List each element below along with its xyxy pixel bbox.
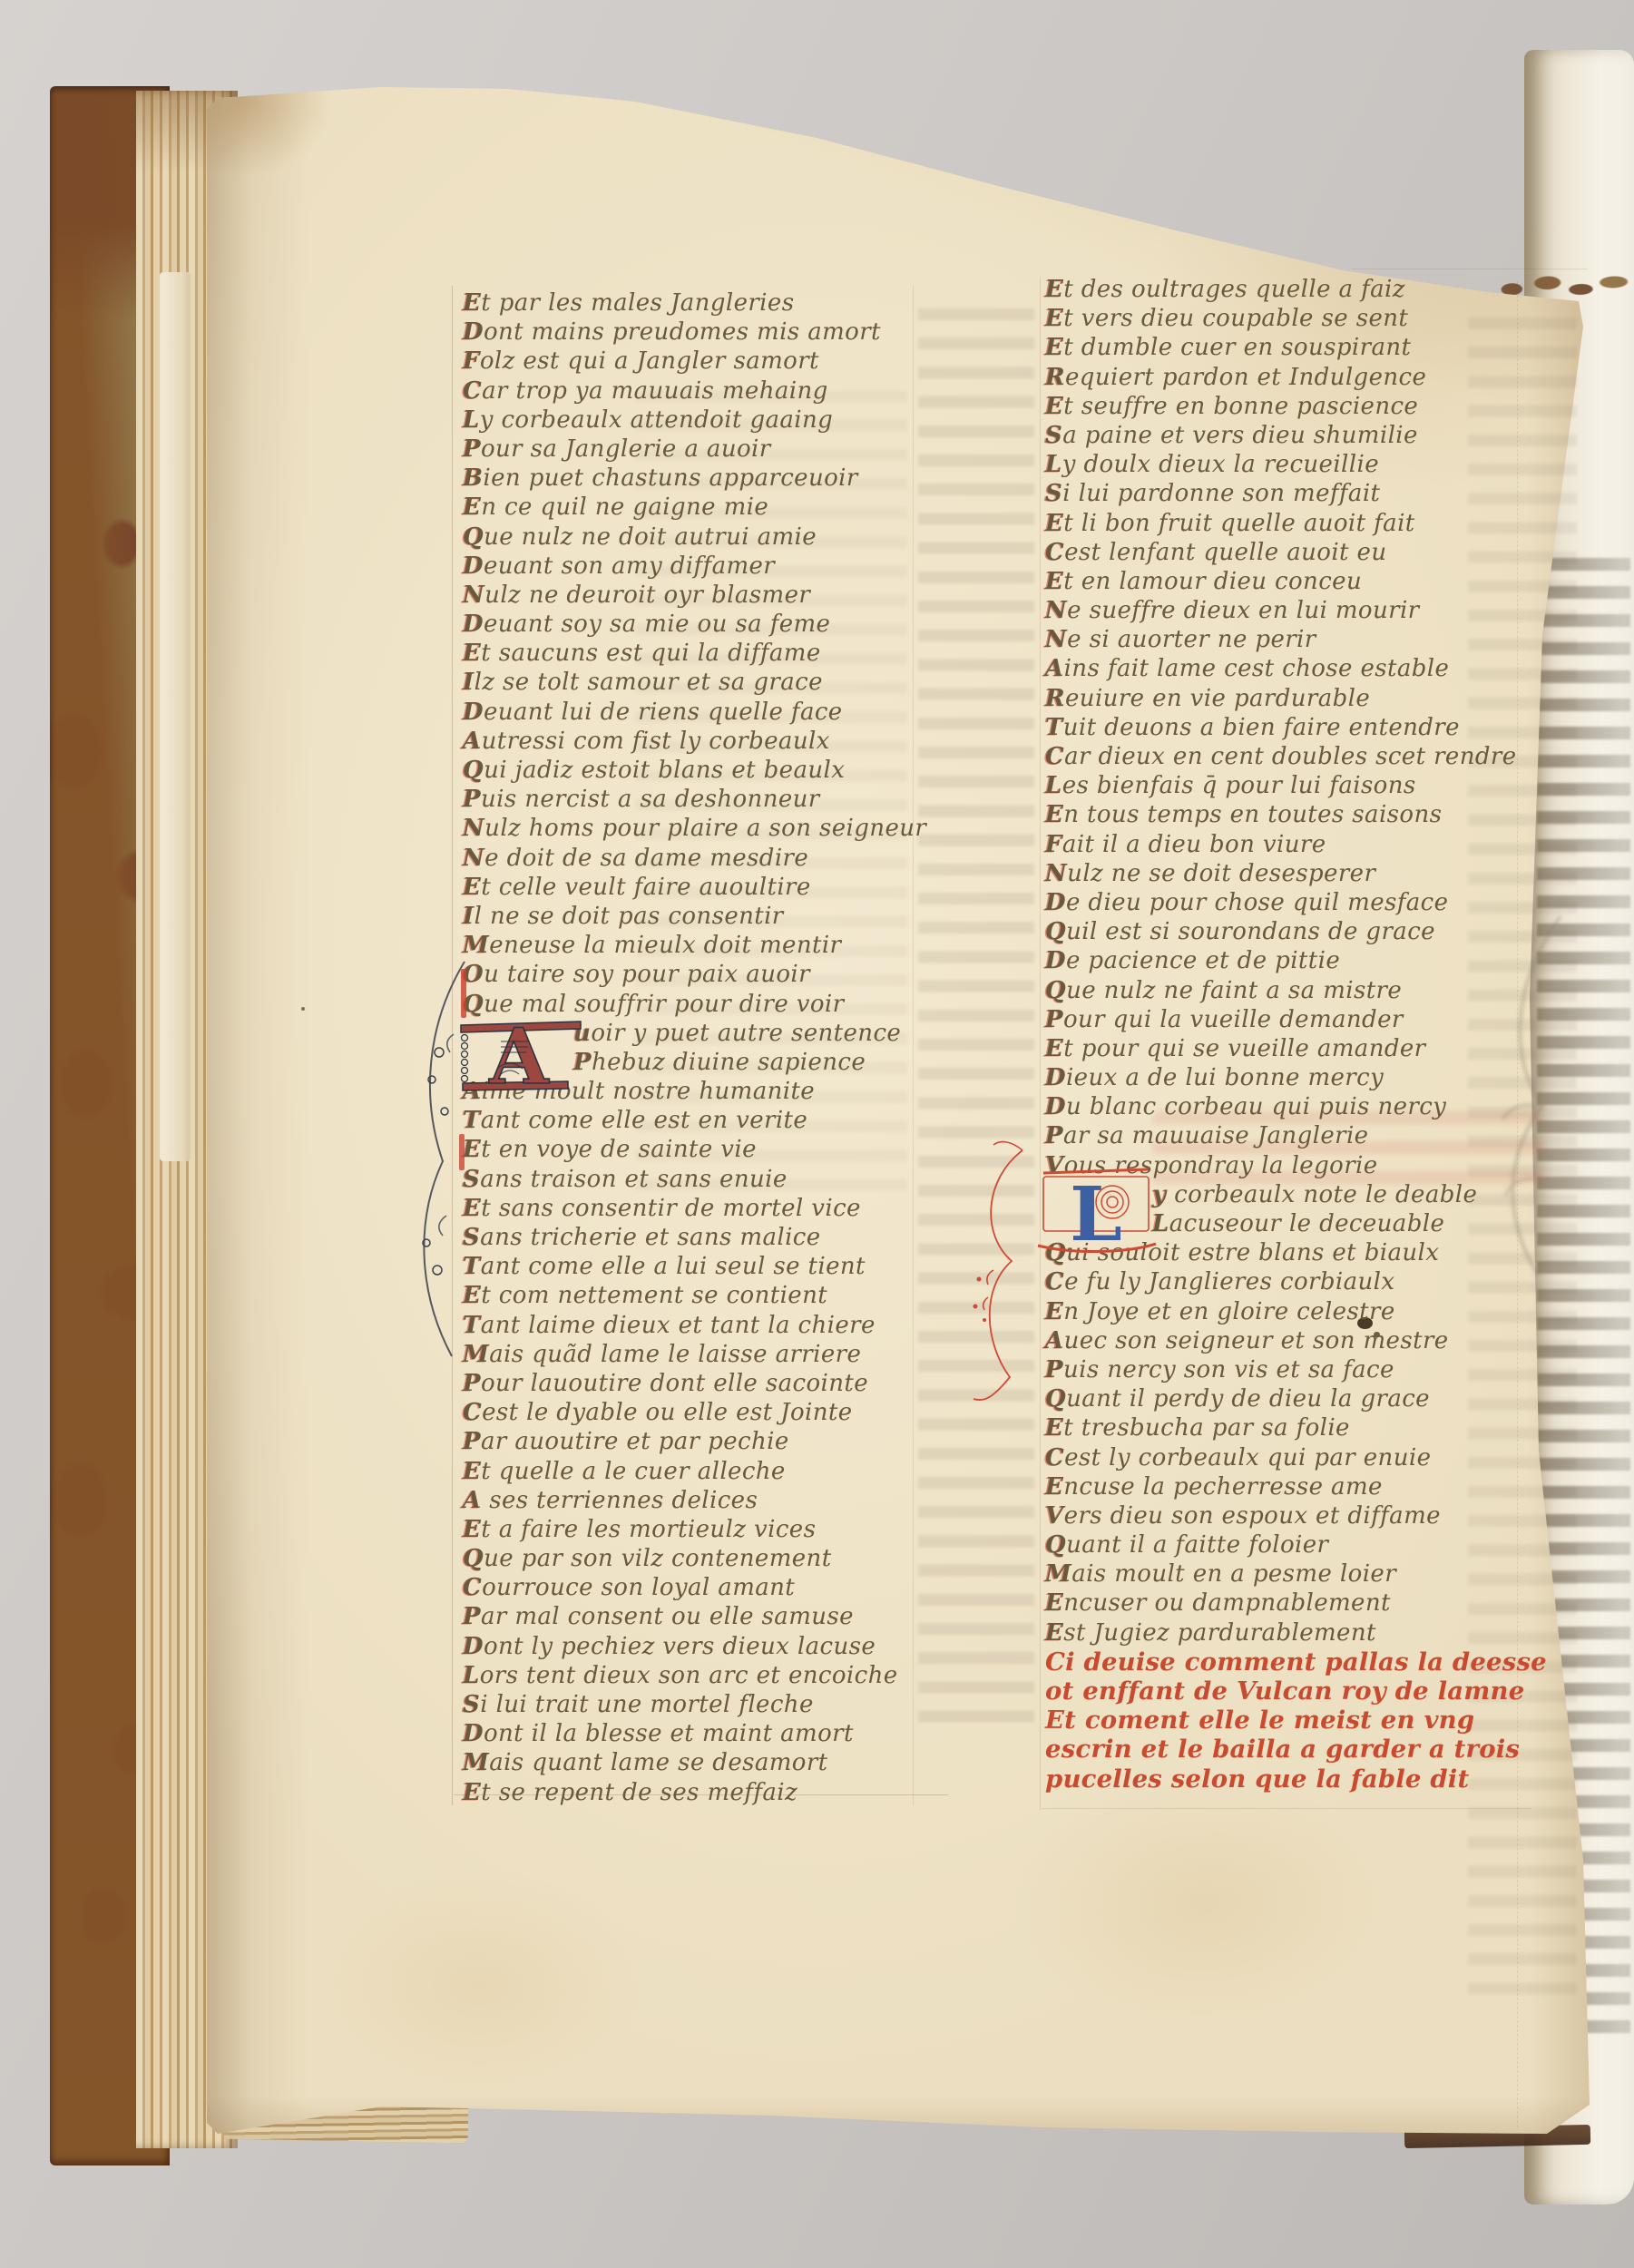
verse-line: Cest lenfant quelle auoit eu bbox=[1045, 538, 1540, 567]
verse-line: Quant il perdy de dieu la grace bbox=[1045, 1384, 1540, 1413]
verse-line: Lors tent dieux son arc et encoiche bbox=[463, 1661, 953, 1690]
verse-line: Autressi com fist ly corbeaulx bbox=[463, 727, 953, 756]
verse-line: Car trop ya mauuais mehaing bbox=[463, 376, 953, 406]
verse-line: Et se repent de ses meffaiz bbox=[463, 1778, 953, 1807]
verse-line: Nulz ne se doit desesperer bbox=[1045, 859, 1540, 888]
verse-line: Et li bon fruit quelle auoit fait bbox=[1045, 509, 1540, 538]
verse-line: Si lui pardonne son meffait bbox=[1045, 479, 1540, 508]
crease-top-right bbox=[1352, 269, 1588, 269]
verse-line: Est Jugiez pardurablement bbox=[1045, 1618, 1540, 1647]
verse-line: Et saucuns est qui la diffame bbox=[463, 639, 953, 668]
verse-line: En tous temps en toutes saisons bbox=[1045, 800, 1540, 829]
verse-line: Sa paine et vers dieu shumilie bbox=[1045, 421, 1540, 450]
verse-line: Pour qui la vueille demander bbox=[1045, 1005, 1540, 1034]
gutter-leaf-highlight bbox=[160, 272, 191, 1161]
verse-line: Que nulz ne faint a sa mistre bbox=[1045, 976, 1540, 1005]
verse-line: Dont mains preudomes mis amort bbox=[463, 318, 953, 347]
verse-line: Car dieux en cent doubles scet rendre bbox=[1045, 742, 1540, 771]
ruling-line-right-col-left bbox=[1040, 277, 1041, 1810]
verse-line: Dieux a de lui bonne mercy bbox=[1045, 1063, 1540, 1092]
verse-line: Requiert pardon et Indulgence bbox=[1045, 363, 1540, 392]
verse-line: Par sa mauuaise Janglerie bbox=[1045, 1121, 1540, 1150]
verse-line: Mais quant lame se desamort bbox=[463, 1748, 953, 1777]
verse-line: Quil est si sourondans de grace bbox=[1045, 917, 1540, 946]
verse-line: En Joye et en gloire celestre bbox=[1045, 1297, 1540, 1326]
verse-line: Folz est qui a Jangler samort bbox=[463, 347, 953, 376]
verse-line: Les bienfais q̄ pour lui faisons bbox=[1045, 771, 1540, 800]
verse-line: Encuse la pecherresse ame bbox=[1045, 1472, 1540, 1501]
verse-line: Courrouce son loyal amant bbox=[463, 1573, 953, 1602]
verse-line: Pour sa Janglerie a auoir bbox=[463, 435, 953, 464]
verse-line: Et seuffre en bonne pascience bbox=[1045, 392, 1540, 421]
rubric-line: ot enffant de Vulcan roy de lamne bbox=[1045, 1677, 1540, 1706]
verse-line: De pacience et de pittie bbox=[1045, 946, 1540, 975]
verse-line: Bien puet chastuns apparceuoir bbox=[463, 464, 953, 493]
verse-line: En ce quil ne gaigne mie bbox=[463, 493, 953, 522]
verse-line: Ce fu ly Janglieres corbiaulx bbox=[1045, 1267, 1540, 1296]
verse-line: Puis nercy son vis et sa face bbox=[1045, 1355, 1540, 1384]
verse-line: Du blanc corbeau qui puis nercy bbox=[1045, 1092, 1540, 1121]
initial-letter: A bbox=[488, 1012, 550, 1101]
verse-line: Ne doit de sa dame mesdire bbox=[463, 844, 953, 873]
verse-line: Et celle veult faire auoultire bbox=[463, 873, 953, 902]
verse-line: Et tresbucha par sa folie bbox=[1045, 1413, 1540, 1442]
verse-line: Auec son seigneur et son mestre bbox=[1045, 1326, 1540, 1355]
verse-line: Ne sueffre dieux en lui mourir bbox=[1045, 596, 1540, 625]
verse-line: De dieu pour chose quil mesface bbox=[1045, 888, 1540, 917]
verse-line: Nulz homs pour plaire a son seigneur bbox=[463, 814, 953, 843]
verse-line: Par auoutire et par pechie bbox=[463, 1427, 953, 1456]
verse-line: Et a faire les mortieulz vices bbox=[463, 1515, 953, 1544]
verse-line: Et dumble cuer en souspirant bbox=[1045, 333, 1540, 362]
verse-line: Fait il a dieu bon viure bbox=[1045, 830, 1540, 859]
verse-line: Ly corbeaulx attendoit gaaing bbox=[463, 406, 953, 435]
verse-line: Vers dieu son espoux et diffame bbox=[1045, 1501, 1540, 1530]
manuscript-photo: Et par les males JangleriesDont mains pr… bbox=[0, 0, 1634, 2268]
verse-line: Deuant soy sa mie ou sa feme bbox=[463, 610, 953, 639]
verse-line: Puis nercist a sa deshonneur bbox=[463, 785, 953, 814]
verse-line: Ly doulx dieux la recueillie bbox=[1045, 450, 1540, 479]
illuminated-initial-A: A bbox=[454, 1005, 590, 1105]
verse-line: Nulz ne deuroit oyr blasmer bbox=[463, 581, 953, 610]
text-column-right: Et des oultrages quelle a faizEt vers di… bbox=[1045, 275, 1540, 1794]
verse-line: Et quelle a le cuer alleche bbox=[463, 1457, 953, 1486]
verse-line: Mais moult en a pesme loier bbox=[1045, 1559, 1540, 1589]
initial-letter: L bbox=[1070, 1171, 1122, 1256]
verse-line: Ilz se tolt samour et sa grace bbox=[463, 668, 953, 697]
verse-line: Reuiure en vie pardurable bbox=[1045, 684, 1540, 713]
verse-line: Tuit deuons a bien faire entendre bbox=[1045, 713, 1540, 742]
verse-lines: Et des oultrages quelle a faizEt vers di… bbox=[1045, 275, 1540, 1647]
rubric-line: escrin et le bailla a garder a trois bbox=[1045, 1735, 1540, 1764]
verse-line: Ains fait lame cest chose estable bbox=[1045, 654, 1540, 683]
ink-speck bbox=[301, 1007, 305, 1011]
illuminated-initial-L: L bbox=[1025, 1166, 1161, 1256]
verse-line: Et par les males Jangleries bbox=[463, 288, 953, 318]
verse-line: Et en lamour dieu conceu bbox=[1045, 567, 1540, 596]
rubric: Ci deuise comment pallas la deesseot enf… bbox=[1045, 1647, 1540, 1794]
verse-line: Qui jadiz estoit blans et beaulx bbox=[463, 756, 953, 785]
verse-line: Dont ly pechiez vers dieux lacuse bbox=[463, 1632, 953, 1661]
rubric-line: Et coment elle le meist en vng bbox=[1045, 1706, 1540, 1735]
verse-line: Il ne se doit pas consentir bbox=[463, 902, 953, 931]
verse-line: Que par son vilz contenement bbox=[463, 1544, 953, 1573]
verse-line: Par mal consent ou elle samuse bbox=[463, 1602, 953, 1631]
verse-line: Ne si auorter ne perir bbox=[1045, 625, 1540, 654]
verse-line: Deuant son amy diffamer bbox=[463, 552, 953, 581]
verse-line: Dont il la blesse et maint amort bbox=[463, 1719, 953, 1748]
rubric-line: pucelles selon que la fable dit bbox=[1045, 1765, 1540, 1794]
verse-line: A ses terriennes delices bbox=[463, 1486, 953, 1515]
verse-line: Cest ly corbeaulx qui par enuie bbox=[1045, 1443, 1540, 1472]
verse-line: Et vers dieu coupable se sent bbox=[1045, 304, 1540, 333]
verse-line: Que nulz ne doit autrui amie bbox=[463, 523, 953, 552]
verse-line: Deuant lui de riens quelle face bbox=[463, 698, 953, 727]
verse-line: Et pour qui se vueille amander bbox=[1045, 1034, 1540, 1063]
rubric-line: Ci deuise comment pallas la deesse bbox=[1045, 1647, 1540, 1677]
verse-line: Cest le dyable ou elle est Jointe bbox=[463, 1398, 953, 1427]
verse-line: Quant il a faitte foloier bbox=[1045, 1530, 1540, 1559]
verse-line: Encuser ou dampnablement bbox=[1045, 1589, 1540, 1618]
verse-line: Si lui trait une mortel fleche bbox=[463, 1690, 953, 1719]
ruling-line-bottom-right bbox=[1042, 1808, 1531, 1809]
verse-line: Et des oultrages quelle a faiz bbox=[1045, 275, 1540, 304]
